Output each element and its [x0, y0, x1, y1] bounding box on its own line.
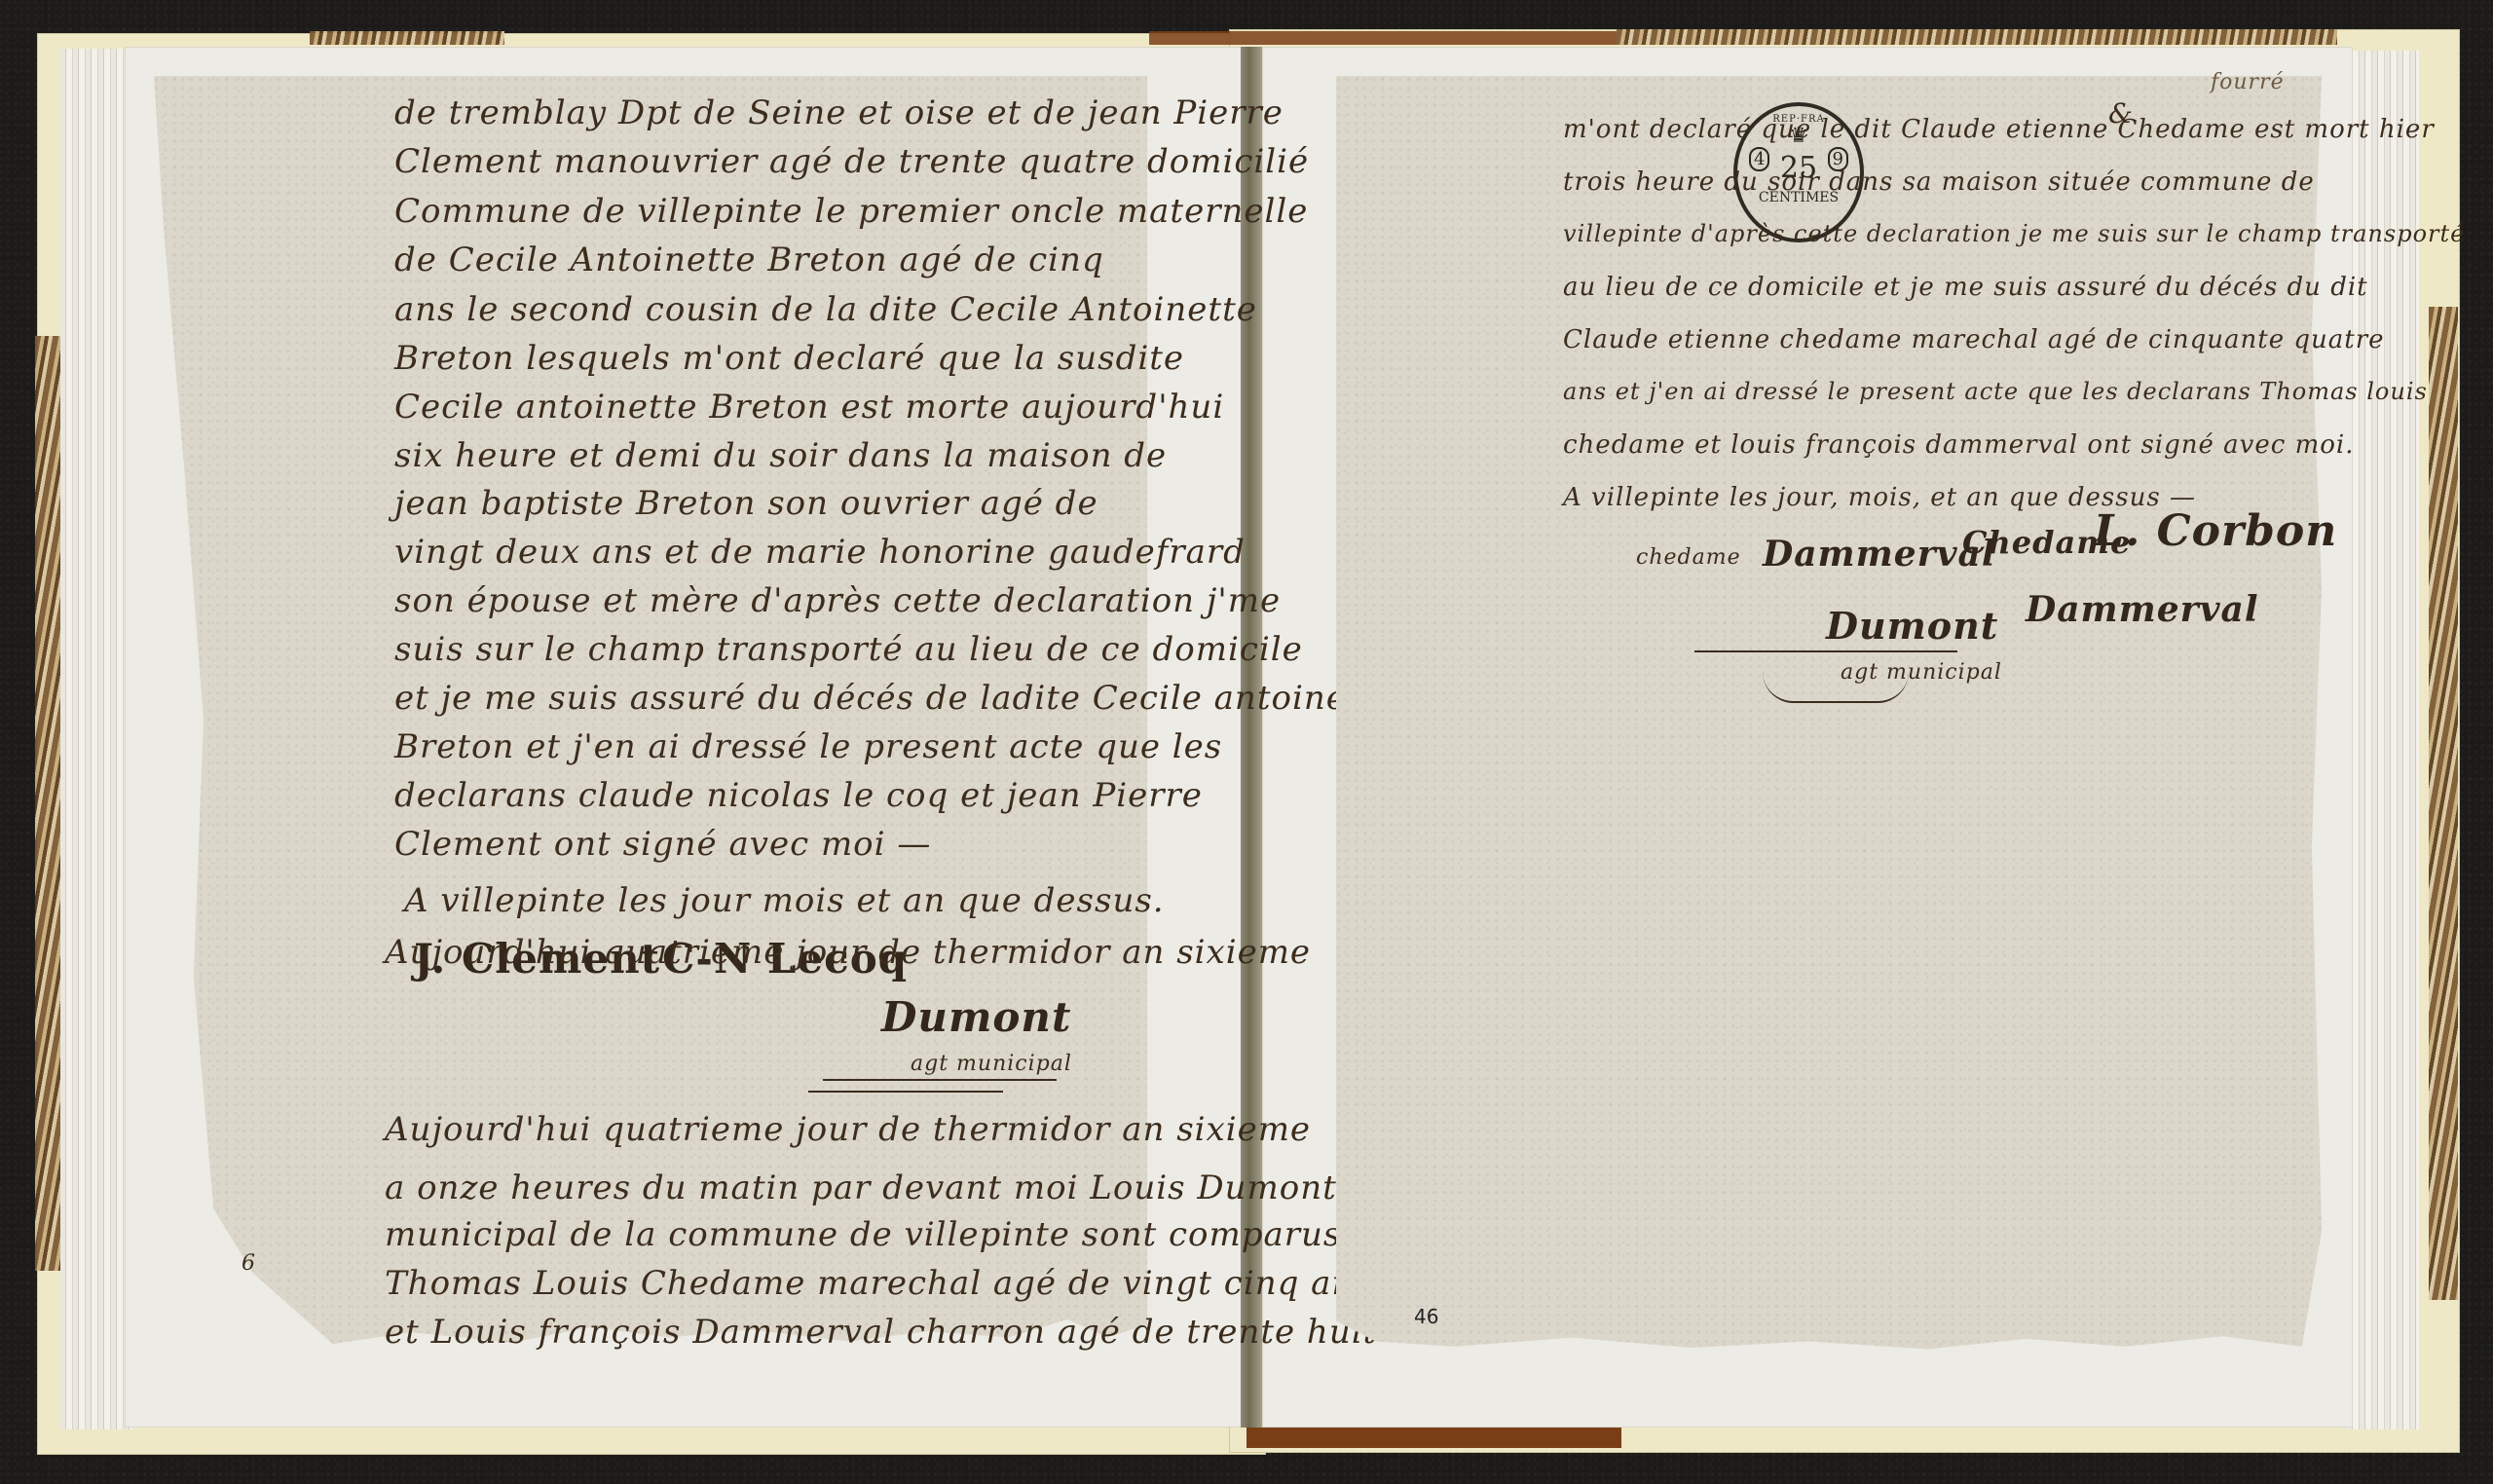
text-line: et je me suis assuré du décés de ladite …	[394, 679, 1395, 718]
text-line: municipal de la commune de villepinte so…	[385, 1215, 1341, 1254]
signature-flourish	[1763, 672, 1909, 703]
text-line: jean baptiste Breton son ouvrier agé de	[394, 484, 1098, 523]
margin-note-top: fourré	[2211, 70, 2285, 94]
text-line: Aujourd'hui quatrieme jour de thermidor …	[385, 1110, 1311, 1149]
text-line: son épouse et mère d'après cette declara…	[394, 581, 1281, 620]
margin-mark: 6	[242, 1251, 256, 1276]
text-line: Clement ont signé avec moi —	[394, 825, 931, 864]
text-line: de Cecile Antoinette Breton agé de cinq	[394, 241, 1104, 279]
signature-dammerval-1: Dammerval	[1763, 534, 1996, 575]
text-line: Breton et j'en ai dressé le present acte…	[394, 727, 1222, 766]
text-line: declarans claude nicolas le coq et jean …	[394, 776, 1203, 815]
text-line: trois heure du soir dans sa maison situé…	[1563, 167, 2315, 197]
text-line: ans et j'en ai dressé le present acte qu…	[1563, 378, 2428, 405]
text-line: villepinte d'après cette declaration je …	[1563, 220, 2465, 247]
signature-flourish	[808, 1091, 1003, 1093]
right-manuscript-sheet	[1336, 76, 2322, 1359]
signature-dammerval-2: Dammerval	[2026, 589, 2259, 630]
text-line: Thomas Louis Chedame marechal agé de vin…	[385, 1264, 1372, 1303]
signature-flourish	[1694, 650, 1957, 652]
text-line: Claude etienne chedame marechal agé de c…	[1563, 325, 2385, 354]
right-page-stack	[2347, 51, 2419, 1429]
left-page-stack	[60, 49, 132, 1429]
text-line: m'ont declaré que le dit Claude etienne …	[1563, 115, 2435, 144]
text-line: Commune de villepinte le premier oncle m…	[394, 192, 1308, 231]
signature-label: chedame	[1636, 545, 1741, 570]
folio-number: 46	[1414, 1305, 1438, 1328]
text-line: de tremblay Dpt de Seine et oise et de j…	[394, 93, 1284, 132]
text-line: Clement manouvrier agé de trente quatre …	[394, 142, 1309, 181]
marbled-edge-top-right	[1617, 29, 2337, 45]
text-line: au lieu de ce domicile et je me suis ass…	[1563, 273, 2368, 302]
signature-dumont-right: Dumont	[1826, 604, 1998, 648]
text-line: vingt deux ans et de marie honorine gaud…	[394, 533, 1246, 572]
text-line: chedame et louis françois dammerval ont …	[1563, 430, 2354, 460]
marbled-edge-top-left	[310, 31, 504, 45]
spine-band-bottom	[1246, 1427, 1621, 1448]
signature-flourish	[823, 1079, 1057, 1081]
signature-corbon: L. Corbon	[2094, 506, 2337, 556]
signature-dumont-left: Dumont	[881, 993, 1071, 1041]
text-line: et Louis françois Dammerval charron agé …	[385, 1313, 1377, 1352]
text-line: a onze heures du matin par devant moi Lo…	[385, 1169, 1448, 1207]
text-line: suis sur le champ transporté au lieu de …	[394, 630, 1303, 669]
text-line: Breton lesquels m'ont declaré que la sus…	[394, 339, 1184, 378]
officer-title-left: agt municipal	[911, 1052, 1072, 1076]
text-line: Aujourd'hui quatrieme jour de thermidor …	[385, 933, 1311, 972]
marbled-edge-right	[2429, 307, 2458, 1300]
text-line: Cecile antoinette Breton est morte aujou…	[394, 388, 1224, 427]
text-line: six heure et demi du soir dans la maison…	[394, 436, 1167, 475]
closing-line: A villepinte les jour mois et an que des…	[404, 881, 1165, 920]
text-line: ans le second cousin de la dite Cecile A…	[394, 290, 1257, 329]
spine-band-top	[1149, 31, 1617, 45]
